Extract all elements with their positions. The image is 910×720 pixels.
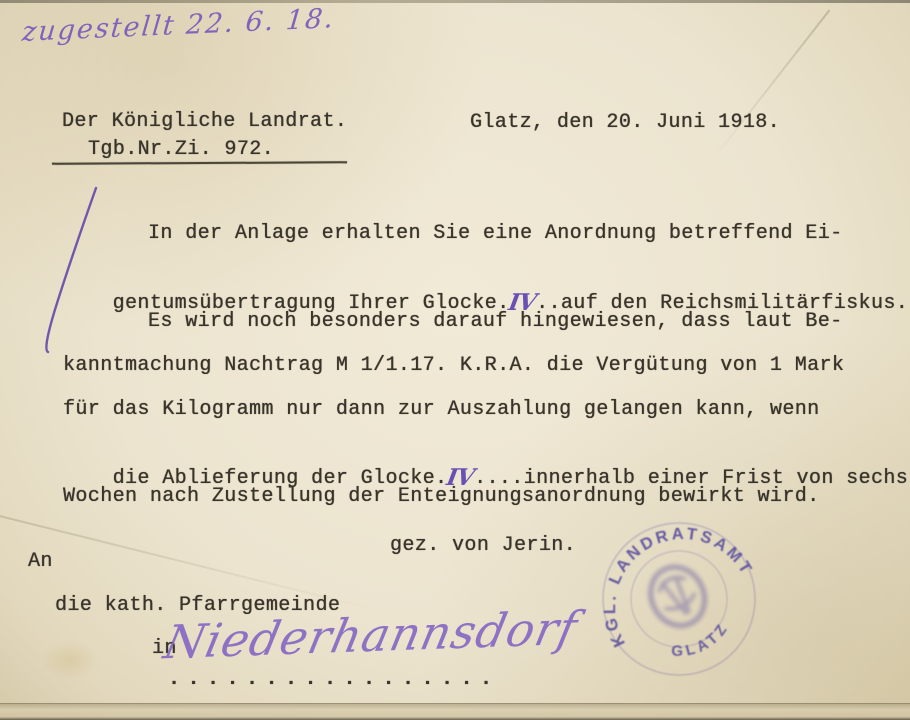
crease-top-right xyxy=(712,10,831,161)
delivery-note-handwritten: zugestellt 22. 6. 18. xyxy=(21,3,337,48)
signature-line: gez. von Jerin. xyxy=(390,534,576,557)
recipient-an: An xyxy=(28,550,53,573)
dateline: Glatz, den 20. Juni 1918. xyxy=(470,111,780,134)
letter-paper: zugestellt 22. 6. 18. Der Königliche Lan… xyxy=(0,0,910,720)
stamp-arc-top-text: KGL. LANDRATSAMT xyxy=(573,496,760,650)
dotted-fill-line: ................. xyxy=(168,668,500,691)
paper-stain xyxy=(40,640,100,680)
body-line: Es wird noch besonders darauf hingewiese… xyxy=(148,310,843,333)
body-line: für das Kilogramm nur dann zur Auszahlun… xyxy=(63,398,820,421)
svg-text:KGL. LANDRATSAMT: KGL. LANDRATSAMT xyxy=(573,496,760,650)
sender-ref: Tgb.Nr.Zi. 972. xyxy=(88,138,274,161)
sender-title: Der Königliche Landrat. xyxy=(62,110,347,133)
body-line: kanntmachung Nachtrag M 1/1.17. K.R.A. d… xyxy=(63,354,844,377)
body-line: In der Anlage erhalten Sie eine Anordnun… xyxy=(148,222,843,245)
sender-ref-underline xyxy=(52,161,347,165)
stamp-emblem xyxy=(641,558,715,635)
